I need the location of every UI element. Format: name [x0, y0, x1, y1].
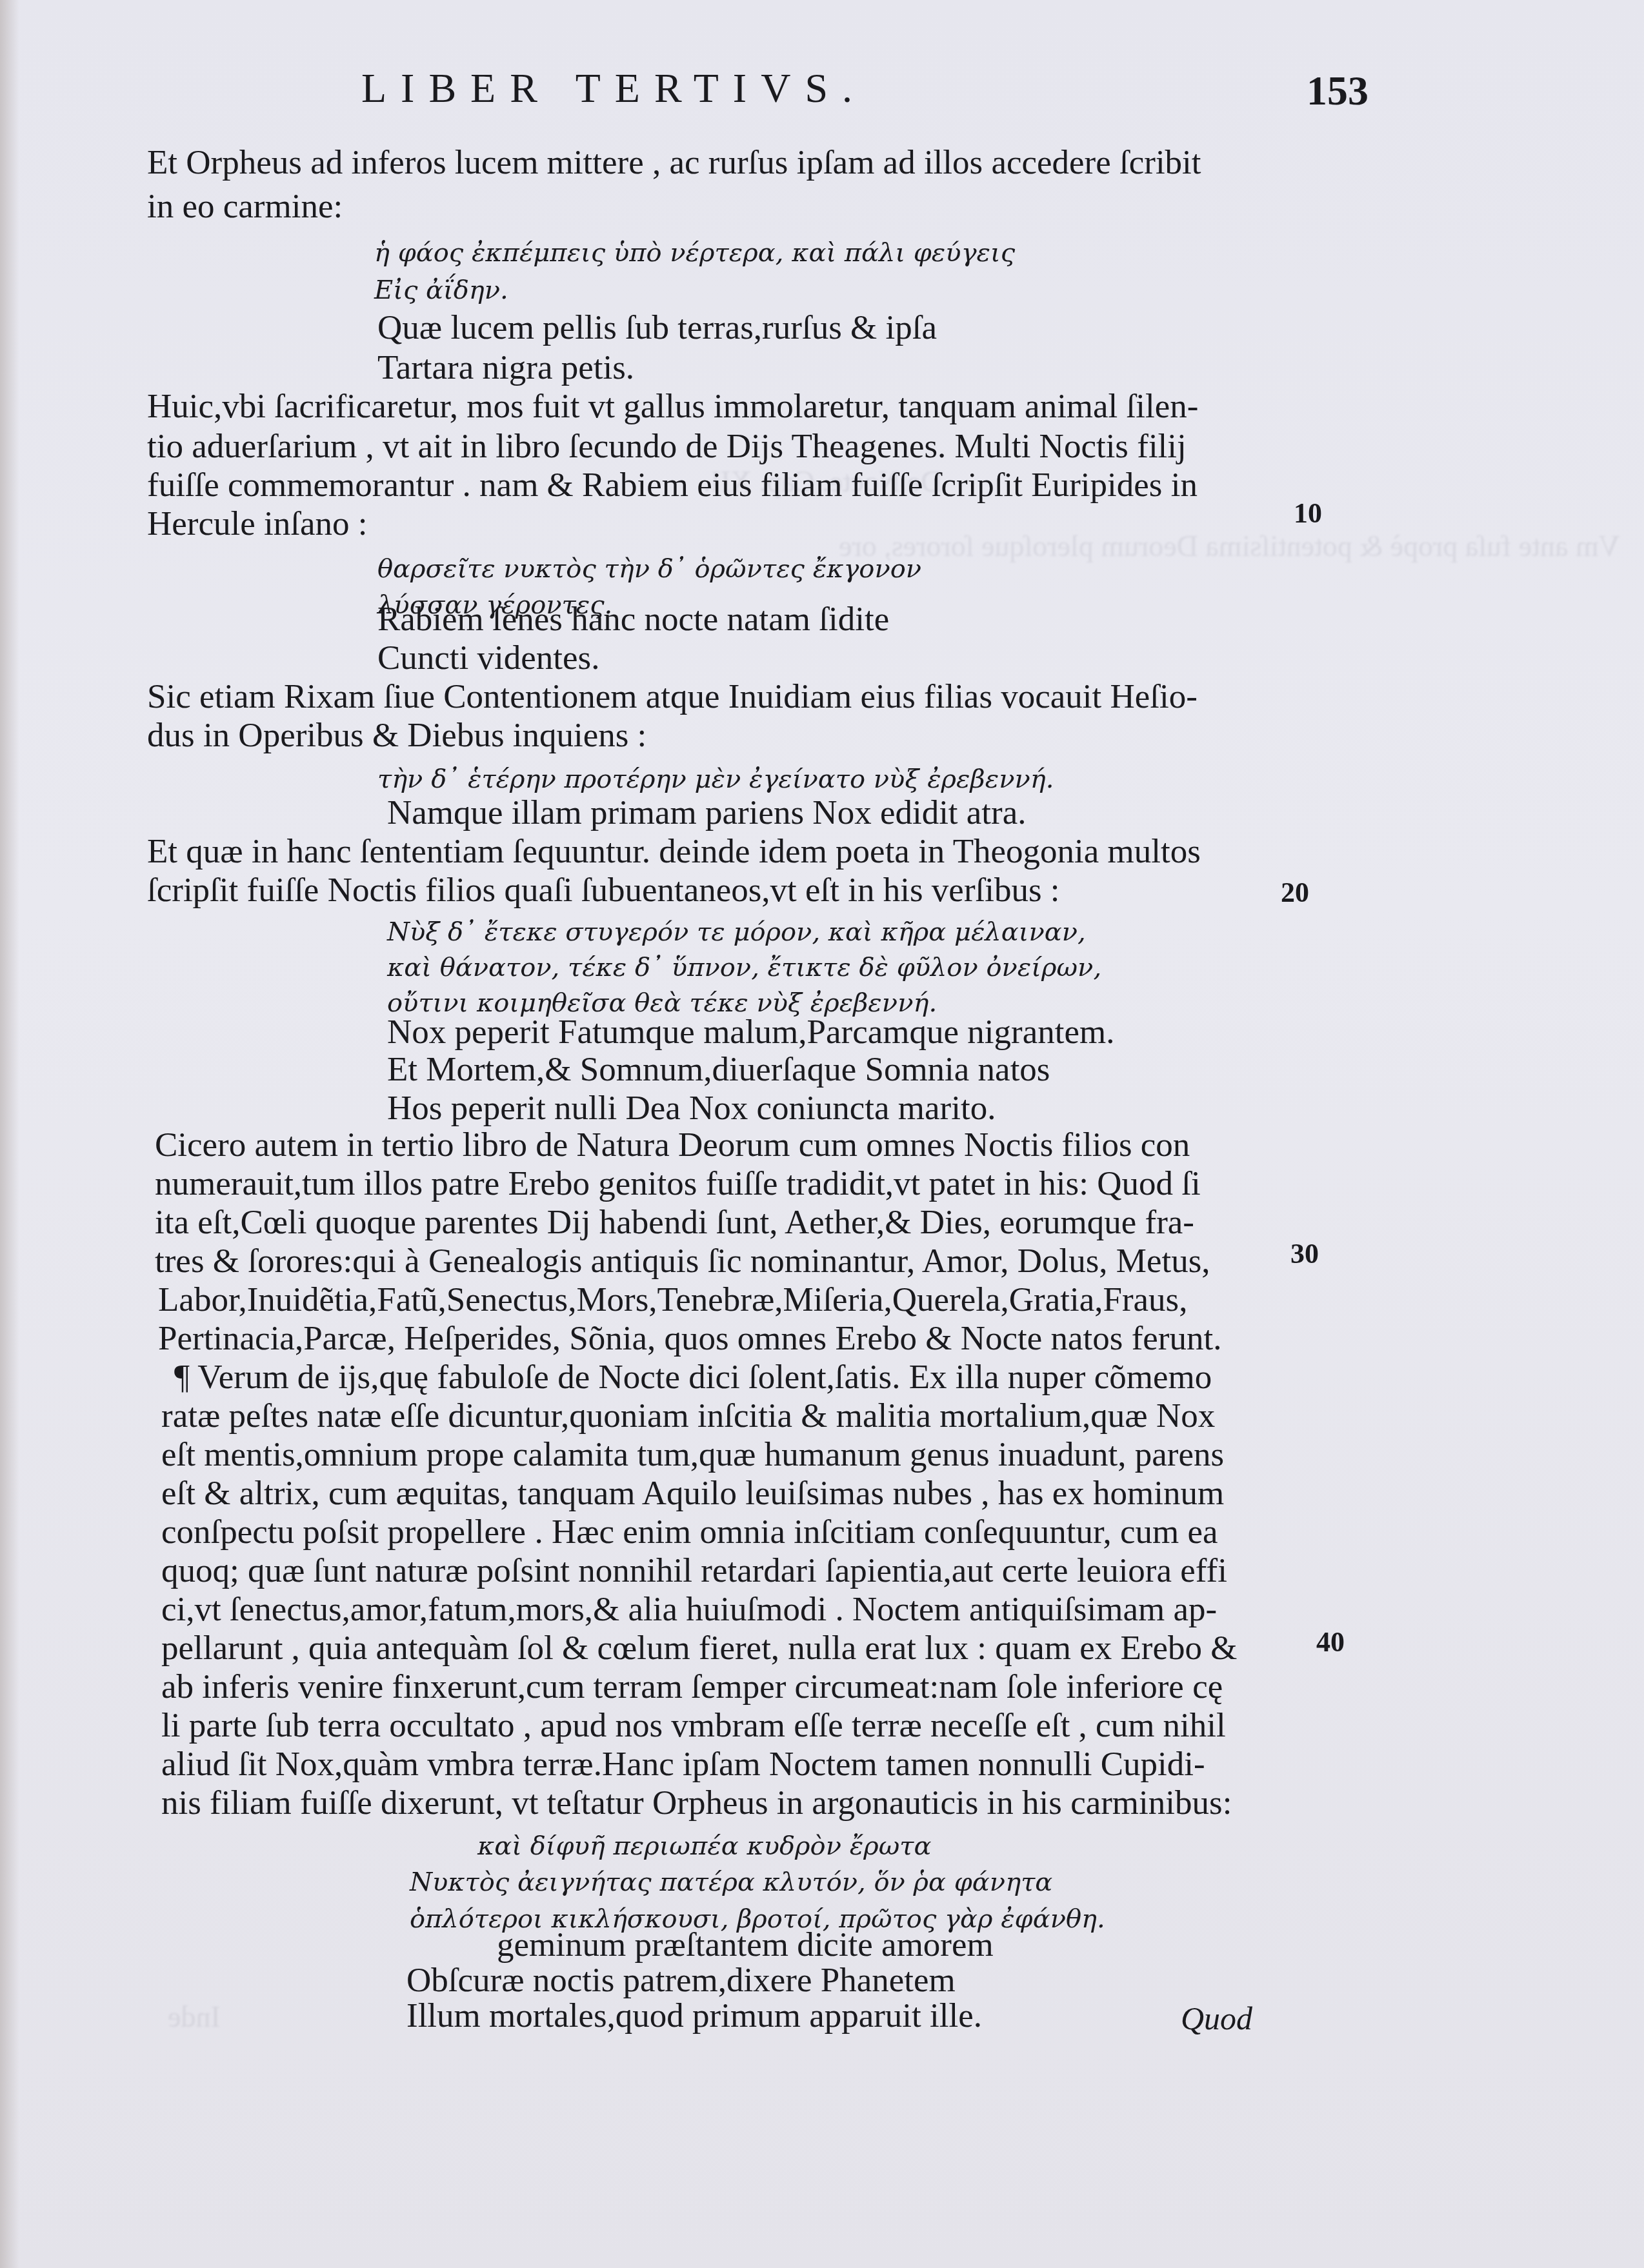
text-line: pellarunt , quia antequàm ſol & cœlum fi…	[161, 1629, 1238, 1667]
verse-line: Et Mortem,& Somnum,diuerſaque Somnia nat…	[387, 1050, 1050, 1089]
verse-line: Tartara nigra petis.	[377, 348, 634, 387]
text-line: ¶ Verum de ijs,quę fabuloſe de Nocte dic…	[174, 1358, 1212, 1397]
text-line: Et Orpheus ad inferos lucem mittere , ac…	[147, 143, 1201, 182]
greek-verse-line: τὴν δ᾽ ἑτέρην προτέρην μὲν ἐγείνατο νὺξ …	[377, 760, 1054, 799]
text-line: Et quæ in hanc ſententiam ſequuntur. dei…	[147, 832, 1201, 871]
verse-line: Illum mortales,quod primum apparuit ille…	[406, 1996, 982, 2035]
text-line: fuiſſe commemorantur . nam & Rabiem eius…	[147, 466, 1198, 504]
greek-verse-line: θαρσεῖτε νυκτὸς τὴν δ᾽ ὁρῶντες ἔκγονον	[377, 550, 921, 588]
text-line: eſt & altrix, cum æquitas, tanquam Aquil…	[161, 1474, 1224, 1513]
text-line: Sic etiam Rixam ſiue Contentionem atque …	[147, 677, 1198, 716]
text-line: Labor,Inuidẽtia,Fatũ,Senectus,Mors,Teneb…	[158, 1280, 1187, 1319]
text-line: Huic,vbi ſacrificaretur, mos fuit vt gal…	[147, 387, 1198, 426]
greek-verse-line: Εἰς ἀΐδην.	[374, 271, 508, 310]
greek-verse-line: Νυκτὸς ἀειγνήτας πατέρα κλυτόν, ὅν ῥα φά…	[410, 1863, 1052, 1902]
text-line: tio aduerſarium , vt ait in libro ſecund…	[147, 427, 1187, 466]
text-line: ratæ peſtes natæ eſſe dicuntur,quoniam i…	[161, 1397, 1215, 1435]
show-through-text: Vm ante fuſa propè & potentiſsima Deorum…	[839, 529, 1620, 563]
greek-verse-line: καὶ θάνατον, τέκε δ᾽ ὕπνον, ἔτικτε δὲ φῦ…	[387, 948, 1101, 987]
running-title: LIBER TERTIVS.	[361, 65, 867, 112]
text-line: ita eſt,Cœli quoque parentes Dij habendi…	[155, 1203, 1194, 1242]
text-line: li parte ſub terra occultato , apud nos …	[161, 1706, 1226, 1745]
text-line: ſcripſit fuiſſe Noctis filios quaſi ſubu…	[147, 871, 1060, 910]
margin-line-number: 30	[1290, 1237, 1319, 1270]
verse-line: Obſcuræ noctis patrem,dixere Phanetem	[406, 1961, 956, 2000]
verse-line: Cuncti videntes.	[377, 639, 599, 677]
text-line: dus in Operibus & Diebus inquiens :	[147, 716, 647, 755]
verse-line: Rabiem ſenes hanc nocte natam ſidite	[377, 600, 889, 639]
catchword: Quod	[1181, 2000, 1252, 2037]
text-line: in eo carmine:	[147, 187, 343, 226]
greek-verse-line: ἡ φάος ἐκπέμπεις ὑπὸ νέρτερα, καὶ πάλι φ…	[374, 234, 1015, 272]
verse-line: Nox peperit Fatumque malum,Parcamque nig…	[387, 1013, 1114, 1051]
book-page: De Nocte. Cap. XII. Vm ante fuſa propè &…	[0, 0, 1644, 2268]
verse-line: Quæ lucem pellis ſub terras,rurſus & ipſ…	[377, 308, 937, 347]
verse-line: Namque illam primam pariens Nox edidit a…	[387, 793, 1027, 832]
verse-line: Hos peperit nulli Dea Nox coniuncta mari…	[387, 1089, 996, 1128]
margin-line-number: 20	[1281, 876, 1309, 909]
text-line: Cicero autem in tertio libro de Natura D…	[155, 1126, 1190, 1164]
margin-line-number: 10	[1294, 497, 1322, 530]
text-line: ab inferis venire finxerunt,cum terram ſ…	[161, 1667, 1223, 1706]
margin-line-number: 40	[1316, 1626, 1345, 1658]
text-line: eſt mentis,omnium prope calamita tum,quæ…	[161, 1435, 1224, 1474]
text-line: aliud ſit Nox,quàm vmbra terræ.Hanc ipſa…	[161, 1745, 1205, 1784]
text-line: numerauit,tum illos patre Erebo genitos …	[155, 1164, 1201, 1203]
text-line: Hercule inſano :	[147, 504, 367, 543]
text-line: conſpectu poſsit propellere . Hæc enim o…	[161, 1513, 1218, 1551]
text-line: Pertinacia,Parcæ, Heſperides, Sõnia, quo…	[158, 1319, 1221, 1358]
page-number: 153	[1307, 67, 1368, 115]
text-line: quoq; quæ ſunt naturæ poſsint nonnihil r…	[161, 1551, 1227, 1590]
text-line: ci,vt ſenectus,amor,fatum,mors,& alia hu…	[161, 1590, 1217, 1629]
show-through-text: Inde	[168, 2000, 221, 2034]
greek-verse-line: Νὺξ δ᾽ ἔτεκε στυγερόν τε μόρον, καὶ κῆρα…	[387, 913, 1086, 951]
greek-verse-line: καὶ δίφυῆ περιωπέα κυδρὸν ἔρωτα	[477, 1827, 931, 1865]
text-line: tres & ſorores:qui à Genealogis antiquis…	[155, 1242, 1210, 1280]
verse-line: geminum præſtantem dicite amorem	[497, 1925, 994, 1964]
text-line: nis filiam fuiſſe dixerunt, vt teſtatur …	[161, 1784, 1232, 1822]
